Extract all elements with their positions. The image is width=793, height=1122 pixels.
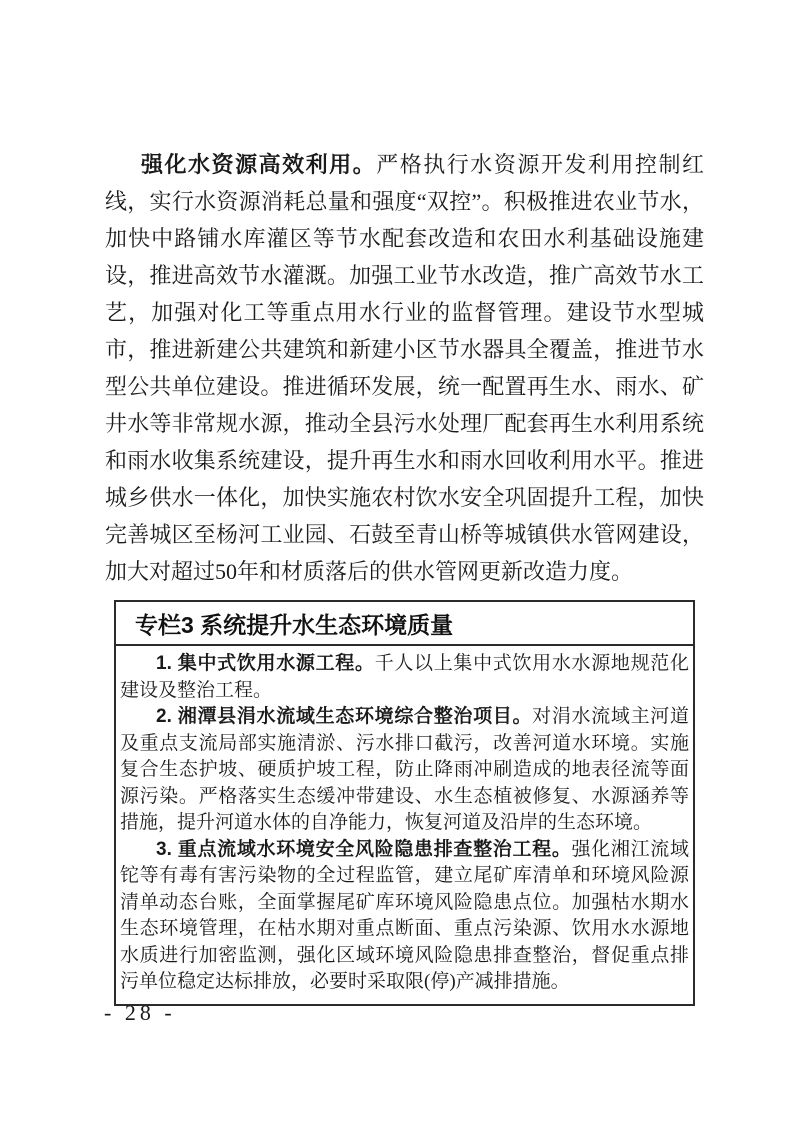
box-item-lead: 1. 集中式饮用水源工程。 [156,653,375,674]
box-item-body: 强化湘江流域铊等有毒有害污染物的全过程监管，建立尾矿库清单和环境风险源清单动态台… [120,839,689,993]
column-box-body: 1. 集中式饮用水源工程。千人以上集中式饮用水水源地规范化建设及整治工程。 2.… [116,646,693,1004]
column-box-header: 专栏3 系统提升水生态环境质量 [116,602,693,646]
document-page: 强化水资源高效利用。严格执行水资源开发利用控制红线，实行水资源消耗总量和强度“双… [0,0,793,1122]
main-paragraph: 强化水资源高效利用。严格执行水资源开发利用控制红线，实行水资源消耗总量和强度“双… [105,146,704,590]
page-content: 强化水资源高效利用。严格执行水资源开发利用控制红线，实行水资源消耗总量和强度“双… [105,146,704,1006]
box-item: 3. 重点流域水环境安全风险隐患排查整治工程。强化湘江流域铊等有毒有害污染物的全… [120,837,689,996]
box-item-lead: 3. 重点流域水环境安全风险隐患排查整治工程。 [156,839,572,860]
box-item-lead: 2. 湘潭县涓水流域生态环境综合整治项目。 [156,706,532,727]
box-item: 1. 集中式饮用水源工程。千人以上集中式饮用水水源地规范化建设及整治工程。 [120,651,689,704]
column-box: 专栏3 系统提升水生态环境质量 1. 集中式饮用水源工程。千人以上集中式饮用水水… [114,600,695,1006]
column-box-title: 专栏3 系统提升水生态环境质量 [135,612,453,638]
page-number: - 28 - [104,1000,176,1026]
box-item: 2. 湘潭县涓水流域生态环境综合整治项目。对涓水流域主河道及重点支流局部实施清淤… [120,704,689,837]
main-paragraph-body: 严格执行水资源开发利用控制红线，实行水资源消耗总量和强度“双控”。积极推进农业节… [105,152,704,584]
main-paragraph-lead: 强化水资源高效利用。 [141,152,376,177]
